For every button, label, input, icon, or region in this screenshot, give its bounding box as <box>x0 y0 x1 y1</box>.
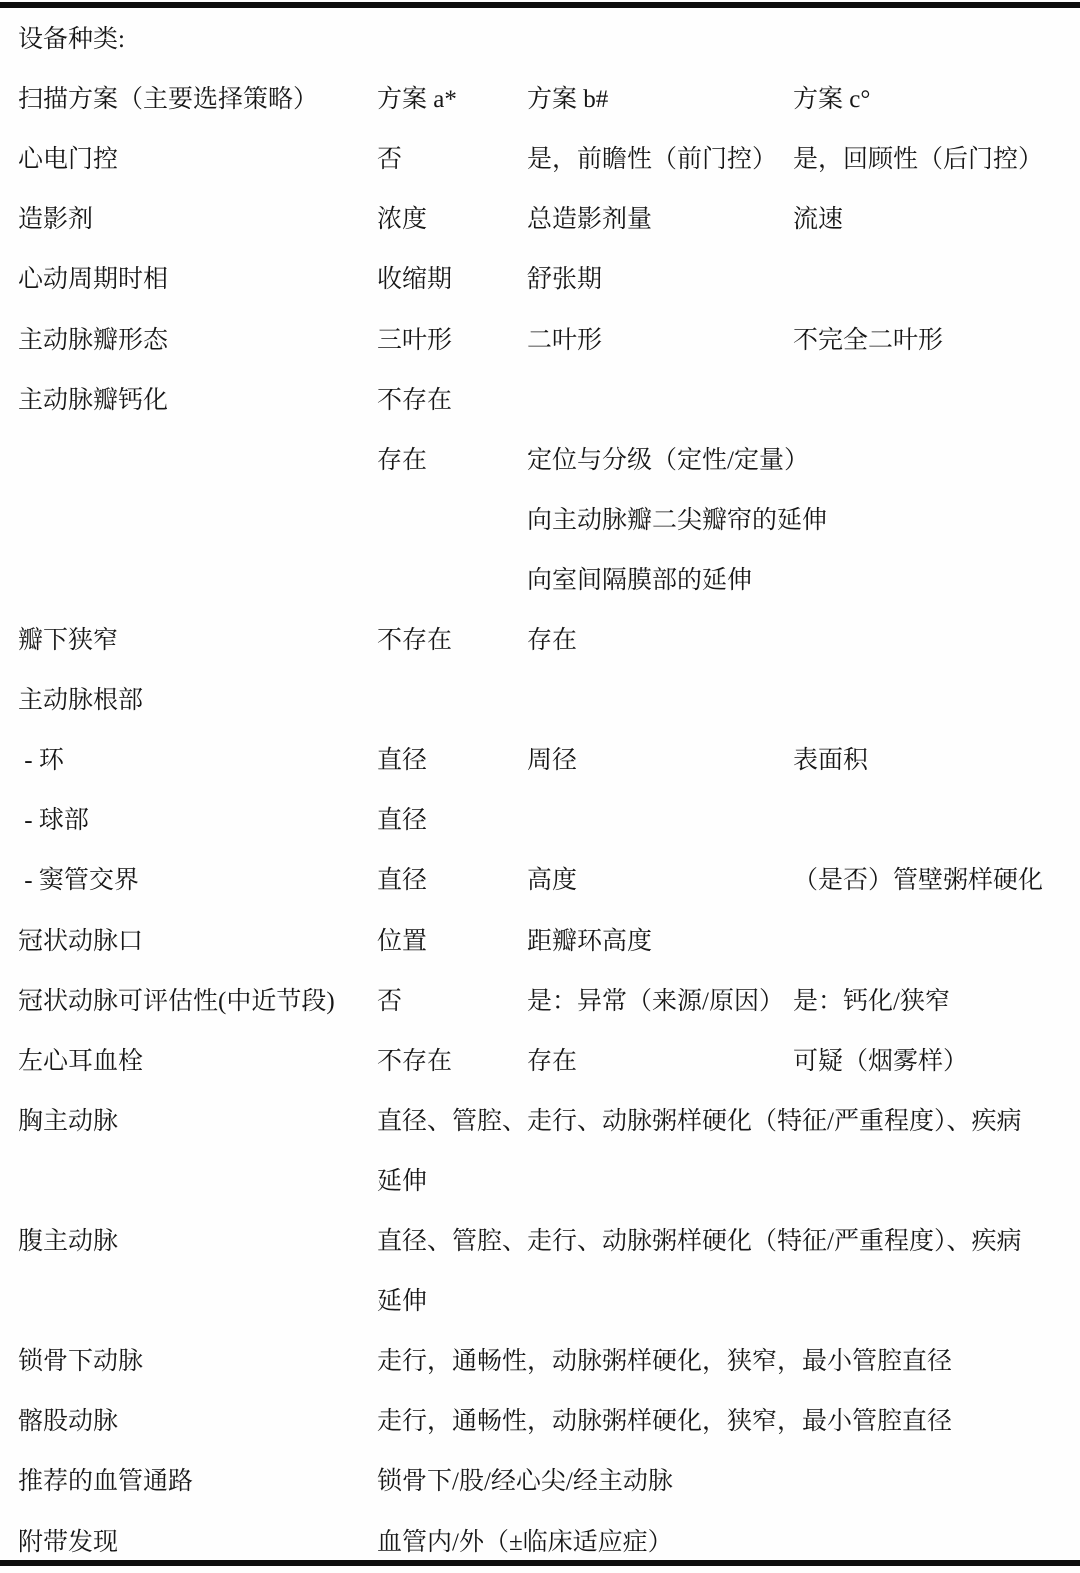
row-label: 推荐的血管通路 <box>18 1466 193 1498</box>
row-value: 直径 <box>377 805 427 837</box>
row-label: - 窦管交界 <box>18 865 139 897</box>
row-value: 不存在 <box>377 385 452 417</box>
row-value: 方案 c° <box>793 84 870 116</box>
row-label: 冠状动脉口 <box>18 926 143 958</box>
row-value: 二叶形 <box>527 325 602 357</box>
row-label: 腹主动脉 <box>18 1226 118 1258</box>
row-value: 向室间隔膜部的延伸 <box>527 565 752 597</box>
row-label: 胸主动脉 <box>18 1106 118 1138</box>
row-value: 高度 <box>527 865 577 897</box>
row-value: 是：异常（来源/原因） <box>527 986 784 1018</box>
row-value: 距瓣环高度 <box>527 926 652 958</box>
row-label: 造影剂 <box>18 204 93 236</box>
row-label: 主动脉根部 <box>18 685 143 717</box>
row-label: 左心耳血栓 <box>18 1046 143 1078</box>
row-value: 否 <box>377 986 402 1018</box>
row-value: 向主动脉瓣二尖瓣帘的延伸 <box>527 505 827 537</box>
row-value: 表面积 <box>793 745 868 777</box>
row-value: 直径、管腔、走行、动脉粥样硬化（特征/严重程度）、疾病 <box>377 1226 1021 1258</box>
row-value: 三叶形 <box>377 325 452 357</box>
row-label: 心电门控 <box>18 144 118 176</box>
row-value: 走行，通畅性，动脉粥样硬化，狭窄，最小管腔直径 <box>377 1406 952 1438</box>
row-value: 是，回顾性（后门控） <box>793 144 1043 176</box>
row-label: 设备种类: <box>18 24 125 56</box>
row-label: - 环 <box>18 745 64 777</box>
row-value: 延伸 <box>377 1286 427 1318</box>
row-label: 扫描方案（主要选择策略） <box>18 84 318 116</box>
row-value: 浓度 <box>377 204 427 236</box>
row-value: 周径 <box>527 745 577 777</box>
row-value: 血管内/外（±临床适应症） <box>377 1527 673 1559</box>
row-value: 不存在 <box>377 1046 452 1078</box>
row-label: - 球部 <box>18 805 89 837</box>
row-label: 髂股动脉 <box>18 1406 118 1438</box>
row-label: 瓣下狭窄 <box>18 625 118 657</box>
row-label: 主动脉瓣形态 <box>18 325 168 357</box>
row-label: 冠状动脉可评估性(中近节段) <box>18 986 335 1018</box>
protocol-table: 设备种类:扫描方案（主要选择策略）方案 a*方案 b#方案 c°心电门控否是，前… <box>0 0 1080 1573</box>
row-value: 直径 <box>377 745 427 777</box>
row-value: 是，前瞻性（前门控） <box>527 144 777 176</box>
row-value: 方案 a* <box>377 84 457 116</box>
row-value: 存在 <box>527 1046 577 1078</box>
row-value: （是否）管壁粥样硬化 <box>793 865 1043 897</box>
row-value: 流速 <box>793 204 843 236</box>
row-value: 方案 b# <box>527 84 608 116</box>
row-value: 位置 <box>377 926 427 958</box>
row-value: 存在 <box>527 625 577 657</box>
document-page: 设备种类:扫描方案（主要选择策略）方案 a*方案 b#方案 c°心电门控否是，前… <box>0 0 1080 1573</box>
row-value: 不存在 <box>377 625 452 657</box>
row-value: 存在 <box>377 445 427 477</box>
row-value: 定位与分级（定性/定量） <box>527 445 809 477</box>
row-value: 否 <box>377 144 402 176</box>
row-label: 心动周期时相 <box>18 264 168 296</box>
row-value: 延伸 <box>377 1166 427 1198</box>
row-value: 收缩期 <box>377 264 452 296</box>
bottom-border-rule <box>0 1560 1080 1566</box>
row-value: 锁骨下/股/经心尖/经主动脉 <box>377 1466 673 1498</box>
row-value: 可疑（烟雾样） <box>793 1046 968 1078</box>
row-value: 是：钙化/狭窄 <box>793 986 950 1018</box>
row-value: 直径、管腔、走行、动脉粥样硬化（特征/严重程度）、疾病 <box>377 1106 1021 1138</box>
row-value: 不完全二叶形 <box>793 325 943 357</box>
row-value: 舒张期 <box>527 264 602 296</box>
row-label: 锁骨下动脉 <box>18 1346 143 1378</box>
row-value: 总造影剂量 <box>527 204 652 236</box>
row-label: 主动脉瓣钙化 <box>18 385 168 417</box>
row-label: 附带发现 <box>18 1527 118 1559</box>
row-value: 直径 <box>377 865 427 897</box>
row-value: 走行，通畅性，动脉粥样硬化，狭窄，最小管腔直径 <box>377 1346 952 1378</box>
